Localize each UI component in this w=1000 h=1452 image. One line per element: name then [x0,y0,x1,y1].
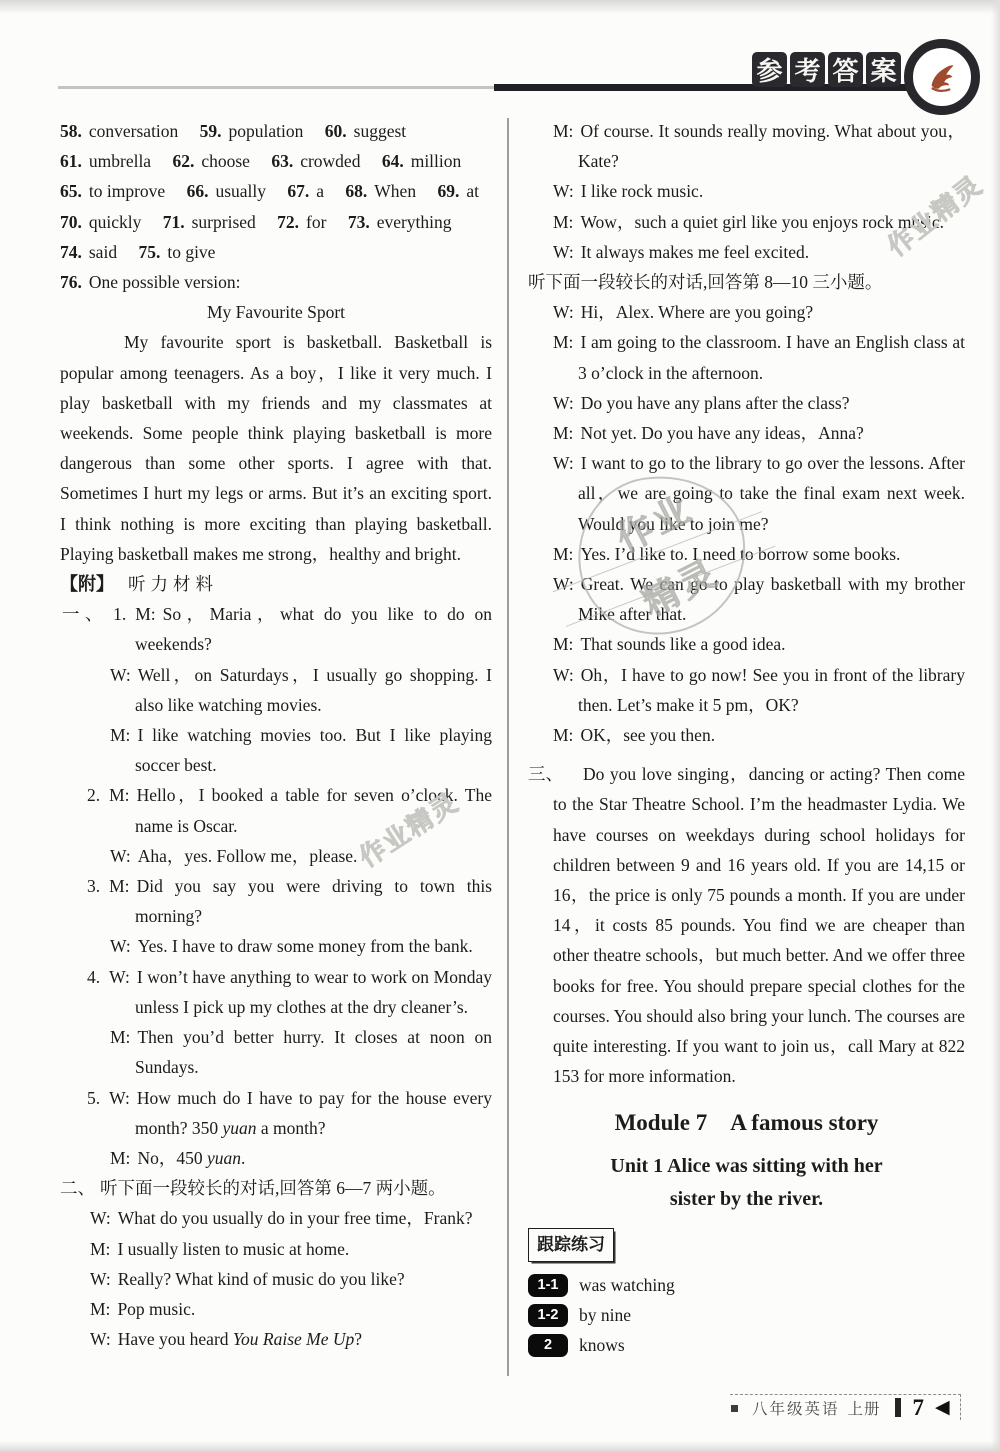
speaker-label: W: [110,936,131,956]
practice-answer: by nine [579,1300,631,1330]
answer-word: One possible version: [89,272,241,292]
practice-section: 跟踪练习 1-1 was watching 1-2 by nine 2 know… [528,1228,965,1357]
section-heading-line: 二、听下面一段较长的对话,回答第 6—7 两小题。 [60,1173,492,1203]
answer-row: 65.to improve 66.usually 67.a 68.When 69… [60,176,492,206]
essay-body: My favourite sport is basketball. Basket… [60,327,492,569]
answer-number: 64. [382,151,404,171]
answer-item: 67.a [287,181,324,201]
answer-item: 73.everything [348,212,452,232]
answer-word: to give [167,242,215,262]
dialog-line: M:OK，see you then. [528,720,965,750]
answer-number: 60. [325,121,347,141]
dialog-text: I like watching movies too. But I like p… [135,725,492,775]
title-char-box: 参 [752,52,787,87]
answer-number: 76. [60,272,82,292]
speaker-label: W: [109,1088,130,1108]
speaker-label: M: [110,1027,130,1047]
answer-word: for [306,212,326,232]
answer-number: 59. [200,121,222,141]
speaker-label: W: [553,181,574,201]
answer-number: 72. [277,212,299,232]
dialog-line: 5.W:How much do I have to pay for the ho… [60,1083,492,1143]
practice-answer: knows [579,1330,625,1360]
publisher-seal-icon [904,39,980,115]
header-rule-light [58,86,494,89]
dialog-line: W:I like rock music. [528,176,965,206]
left-column: 58.conversation 59.population 60.suggest… [60,116,492,1354]
scan-edge-bottom [0,1441,1000,1452]
answer-item: 75.to give [138,242,215,262]
title-char-box: 案 [866,52,901,87]
section-text: 听下面一段较长的对话,回答第 6—7 两小题。 [100,1178,446,1198]
footer-book-title: 八年级英语 [752,1397,840,1419]
answer-item: 65.to improve [60,181,165,201]
item-number: 4. [87,967,100,987]
answer-item: 76.One possible version: [60,272,241,292]
item-number: 1. [113,604,126,624]
dialog-text: Hi，Alex. Where are you going? [581,302,813,322]
column-divider [507,118,509,1376]
speaker-label: M: [90,1299,110,1319]
title-char-box: 答 [828,52,863,87]
answer-item: 64.million [382,151,461,171]
answer-item: 62.choose [172,151,249,171]
answer-item: 68.When [345,181,416,201]
answer-item: 69.at [437,181,479,201]
section-marker: 二、 [60,1178,95,1198]
section-marker: 一、 [62,604,108,624]
speaker-label: W: [553,393,574,413]
answer-word: population [229,121,304,141]
answer-word: usually [215,181,266,201]
answer-number: 69. [437,181,459,201]
dialog-line: M:I like watching movies too. But I like… [60,720,492,780]
answer-item: 71.surprised [163,212,256,232]
dialog-text: a month? [257,1118,326,1138]
answer-word: choose [201,151,250,171]
seal-glyph-icon [919,54,965,100]
speaker-label: M: [553,544,573,564]
speaker-label: W: [90,1269,111,1289]
dialog-text: Not yet. Do you have any ideas，Anna? [580,423,863,443]
answer-item: 70.quickly [60,212,141,232]
dialog-line: W:Well，on Saturdays，I usually go shoppin… [60,660,492,720]
speaker-label: W: [553,453,574,473]
dialog-line: W:Aha，yes. Follow me，please. [60,841,492,871]
answer-word: a [316,181,324,201]
answer-item: 61.umbrella [60,151,151,171]
dialog-text: Did you say you were driving to town thi… [135,876,492,926]
speaker-label: W: [553,242,574,262]
speaker-label: M: [553,725,573,745]
speaker-label: M: [109,876,129,896]
section-three: 三、 Do you love singing，dancing or acting… [528,759,965,1091]
scan-edge-right [991,0,1000,1452]
answer-row: 76.One possible version: [60,267,492,297]
answer-number: 65. [60,181,82,201]
answer-word: to improve [89,181,165,201]
dialog-line: W:Have you heard You Raise Me Up? [60,1324,492,1354]
dialog-text: Then you’d better hurry. It closes at no… [135,1027,492,1077]
listening-material-label: 【附】听力材料 [60,569,492,599]
answer-item: 74.said [60,242,117,262]
practice-label: 跟踪练习 [528,1228,614,1262]
module-title: Module 7 A famous story [528,1106,965,1140]
speaker-label: M: [110,1148,130,1168]
speaker-label: M: [109,785,129,805]
speaker-label: M: [90,1239,110,1259]
footer-volume: 上册 [848,1397,881,1419]
dialog-text: It always makes me feel excited. [581,242,809,262]
dialog-line: 3.M:Did you say you were driving to town… [60,871,492,931]
right-column: M:Of course. It sounds really moving. Wh… [528,116,965,1357]
item-number: 3. [87,876,100,896]
speaker-label: M: [553,423,573,443]
answer-row: 58.conversation 59.population 60.suggest [60,116,492,146]
section-heading-line: 听下面一段较长的对话,回答第 8—10 三小题。 [528,267,965,297]
answer-badge: 1-2 [528,1304,568,1327]
title-char-box: 考 [790,52,825,87]
dialog-text: Really? What kind of music do you like? [118,1269,405,1289]
dialog-text-italic: You Raise Me Up [233,1329,354,1349]
dialog-text: Yes. I have to draw some money from the … [138,936,473,956]
answer-row: 70.quickly 71.surprised 72.for 73.everyt… [60,207,492,237]
dialog-line: M:Pop music. [60,1294,492,1324]
dialog-line: M:I usually listen to music at home. [60,1234,492,1264]
answer-key-page: 参 考 答 案 作业精灵 作业精灵 作业 精灵 58.conversation … [0,0,1000,1452]
answer-word: conversation [89,121,178,141]
answer-number: 62. [172,151,194,171]
practice-item: 1-2 by nine [528,1304,965,1327]
dialog-text-italic: yuan [223,1118,257,1138]
footer-square-icon [731,1405,738,1412]
dialog-text-italic: yuan [207,1148,241,1168]
answer-number: 71. [163,212,185,232]
dialog-text: OK，see you then. [580,725,715,745]
answer-number: 73. [348,212,370,232]
speaker-label: W: [90,1329,111,1349]
practice-item: 1-1 was watching [528,1274,965,1297]
dialog-text: Pop music. [117,1299,195,1319]
watermark-stamp: 作业 精灵 [578,476,746,634]
section-text: 听下面一段较长的对话,回答第 8—10 三小题。 [528,272,882,292]
unit-title-line1: Unit 1 Alice was sitting with her [528,1150,965,1183]
answer-badge: 2 [528,1334,568,1357]
dialog-text: Aha，yes. Follow me，please. [138,846,358,866]
listening-material-text: 听力材料 [128,574,218,594]
speaker-label: M: [553,212,573,232]
dialog-line: W:Yes. I have to draw some money from th… [60,931,492,961]
dialog-text: . [241,1148,245,1168]
unit-title: Unit 1 Alice was sitting with her sister… [528,1150,965,1216]
answer-number: 70. [60,212,82,232]
answer-number: 68. [345,181,367,201]
dialog-text: Of course. It sounds really moving. What… [578,121,965,171]
section-marker: 三、 [528,759,563,789]
answer-word: crowded [300,151,360,171]
dialog-line: W:Really? What kind of music do you like… [60,1264,492,1294]
answer-item: 59.population [200,121,304,141]
dialog-text: That sounds like a good idea. [580,634,785,654]
footer-divider-bar [895,1398,901,1417]
page-arrow-icon: ◀ [935,1398,950,1417]
bracket-tag: 【附】 [60,574,114,594]
dialog-text: Do you have any plans after the class? [581,393,850,413]
answer-item: 60.suggest [325,121,406,141]
page-title: 参 考 答 案 [752,52,901,87]
dialog-line: M:Not yet. Do you have any ideas，Anna? [528,418,965,448]
dialog-line: M:Of course. It sounds really moving. Wh… [528,116,965,176]
answer-word: at [466,181,479,201]
answer-number: 67. [287,181,309,201]
answer-row: 74.said 75.to give [60,237,492,267]
speaker-label: W: [553,665,574,685]
answer-number: 74. [60,242,82,262]
answer-word: million [411,151,462,171]
scan-edge-top [0,0,1000,14]
dialog-line: W:Oh，I have to go now! See you in front … [528,660,965,720]
page-number: 7 [913,1395,925,1421]
dialog-line: W:Hi，Alex. Where are you going? [528,297,965,327]
dialog-line: M:I am going to the classroom. I have an… [528,327,965,387]
speaker-label: M: [553,634,573,654]
practice-answer: was watching [579,1270,675,1300]
answer-item: 58.conversation [60,121,178,141]
dialog-text: I usually listen to music at home. [117,1239,349,1259]
item-number: 2. [87,785,100,805]
speaker-label: W: [553,302,574,322]
dialog-text: I like rock music. [581,181,703,201]
answer-word: said [89,242,117,262]
dialog-text: ? [354,1329,362,1349]
dialog-text: Have you heard [118,1329,233,1349]
speaker-label: W: [110,846,131,866]
answer-number: 75. [138,242,160,262]
answer-word: When [374,181,416,201]
speaker-label: M: [110,725,130,745]
answer-row: 61.umbrella 62.choose 63.crowded 64.mill… [60,146,492,176]
dialog-line: 4.W:I won’t have anything to wear to wor… [60,962,492,1022]
dialog-line: W:What do you usually do in your free ti… [60,1203,492,1233]
answer-word: quickly [89,212,142,232]
speaker-label: W: [109,967,130,987]
dialog-line: W:Do you have any plans after the class? [528,388,965,418]
practice-item: 2 knows [528,1334,965,1357]
page-footer: 八年级英语 上册 7 ◀ [730,1394,961,1420]
dialog-line: 一、1.M:So，Maria，what do you like to do on… [60,599,492,659]
dialog-line: M:Then you’d better hurry. It closes at … [60,1022,492,1082]
dialog-text: No，450 [137,1148,207,1168]
dialog-text: Oh，I have to go now! See you in front of… [578,665,965,715]
answer-word: suggest [354,121,407,141]
essay-title: My Favourite Sport [60,297,492,327]
dialog-text: What do you usually do in your free time… [118,1208,473,1228]
answer-word: everything [377,212,452,232]
answer-item: 66.usually [187,181,266,201]
dialog-text: Well，on Saturdays，I usually go shopping.… [135,665,492,715]
speaker-label: M: [553,121,573,141]
monologue-text: Do you love singing，dancing or acting? T… [553,759,965,1091]
answer-badge: 1-1 [528,1274,568,1297]
speaker-label: W: [90,1208,111,1228]
answer-item: 63.crowded [271,151,360,171]
dialog-line: M:No，450 yuan. [60,1143,492,1173]
speaker-label: W: [110,665,131,685]
answer-number: 61. [60,151,82,171]
dialog-text: So，Maria，what do you like to do on weeke… [135,604,492,654]
answer-word: surprised [192,212,256,232]
answer-number: 66. [187,181,209,201]
speaker-label: M: [553,332,573,352]
item-number: 5. [87,1088,100,1108]
answer-word: umbrella [89,151,151,171]
answer-number: 63. [271,151,293,171]
dialog-text: I am going to the classroom. I have an E… [578,332,965,382]
dialog-text: I won’t have anything to wear to work on… [135,967,492,1017]
speaker-label: M: [135,604,155,624]
answer-number: 58. [60,121,82,141]
unit-title-line2: sister by the river. [528,1183,965,1216]
answer-item: 72.for [277,212,326,232]
